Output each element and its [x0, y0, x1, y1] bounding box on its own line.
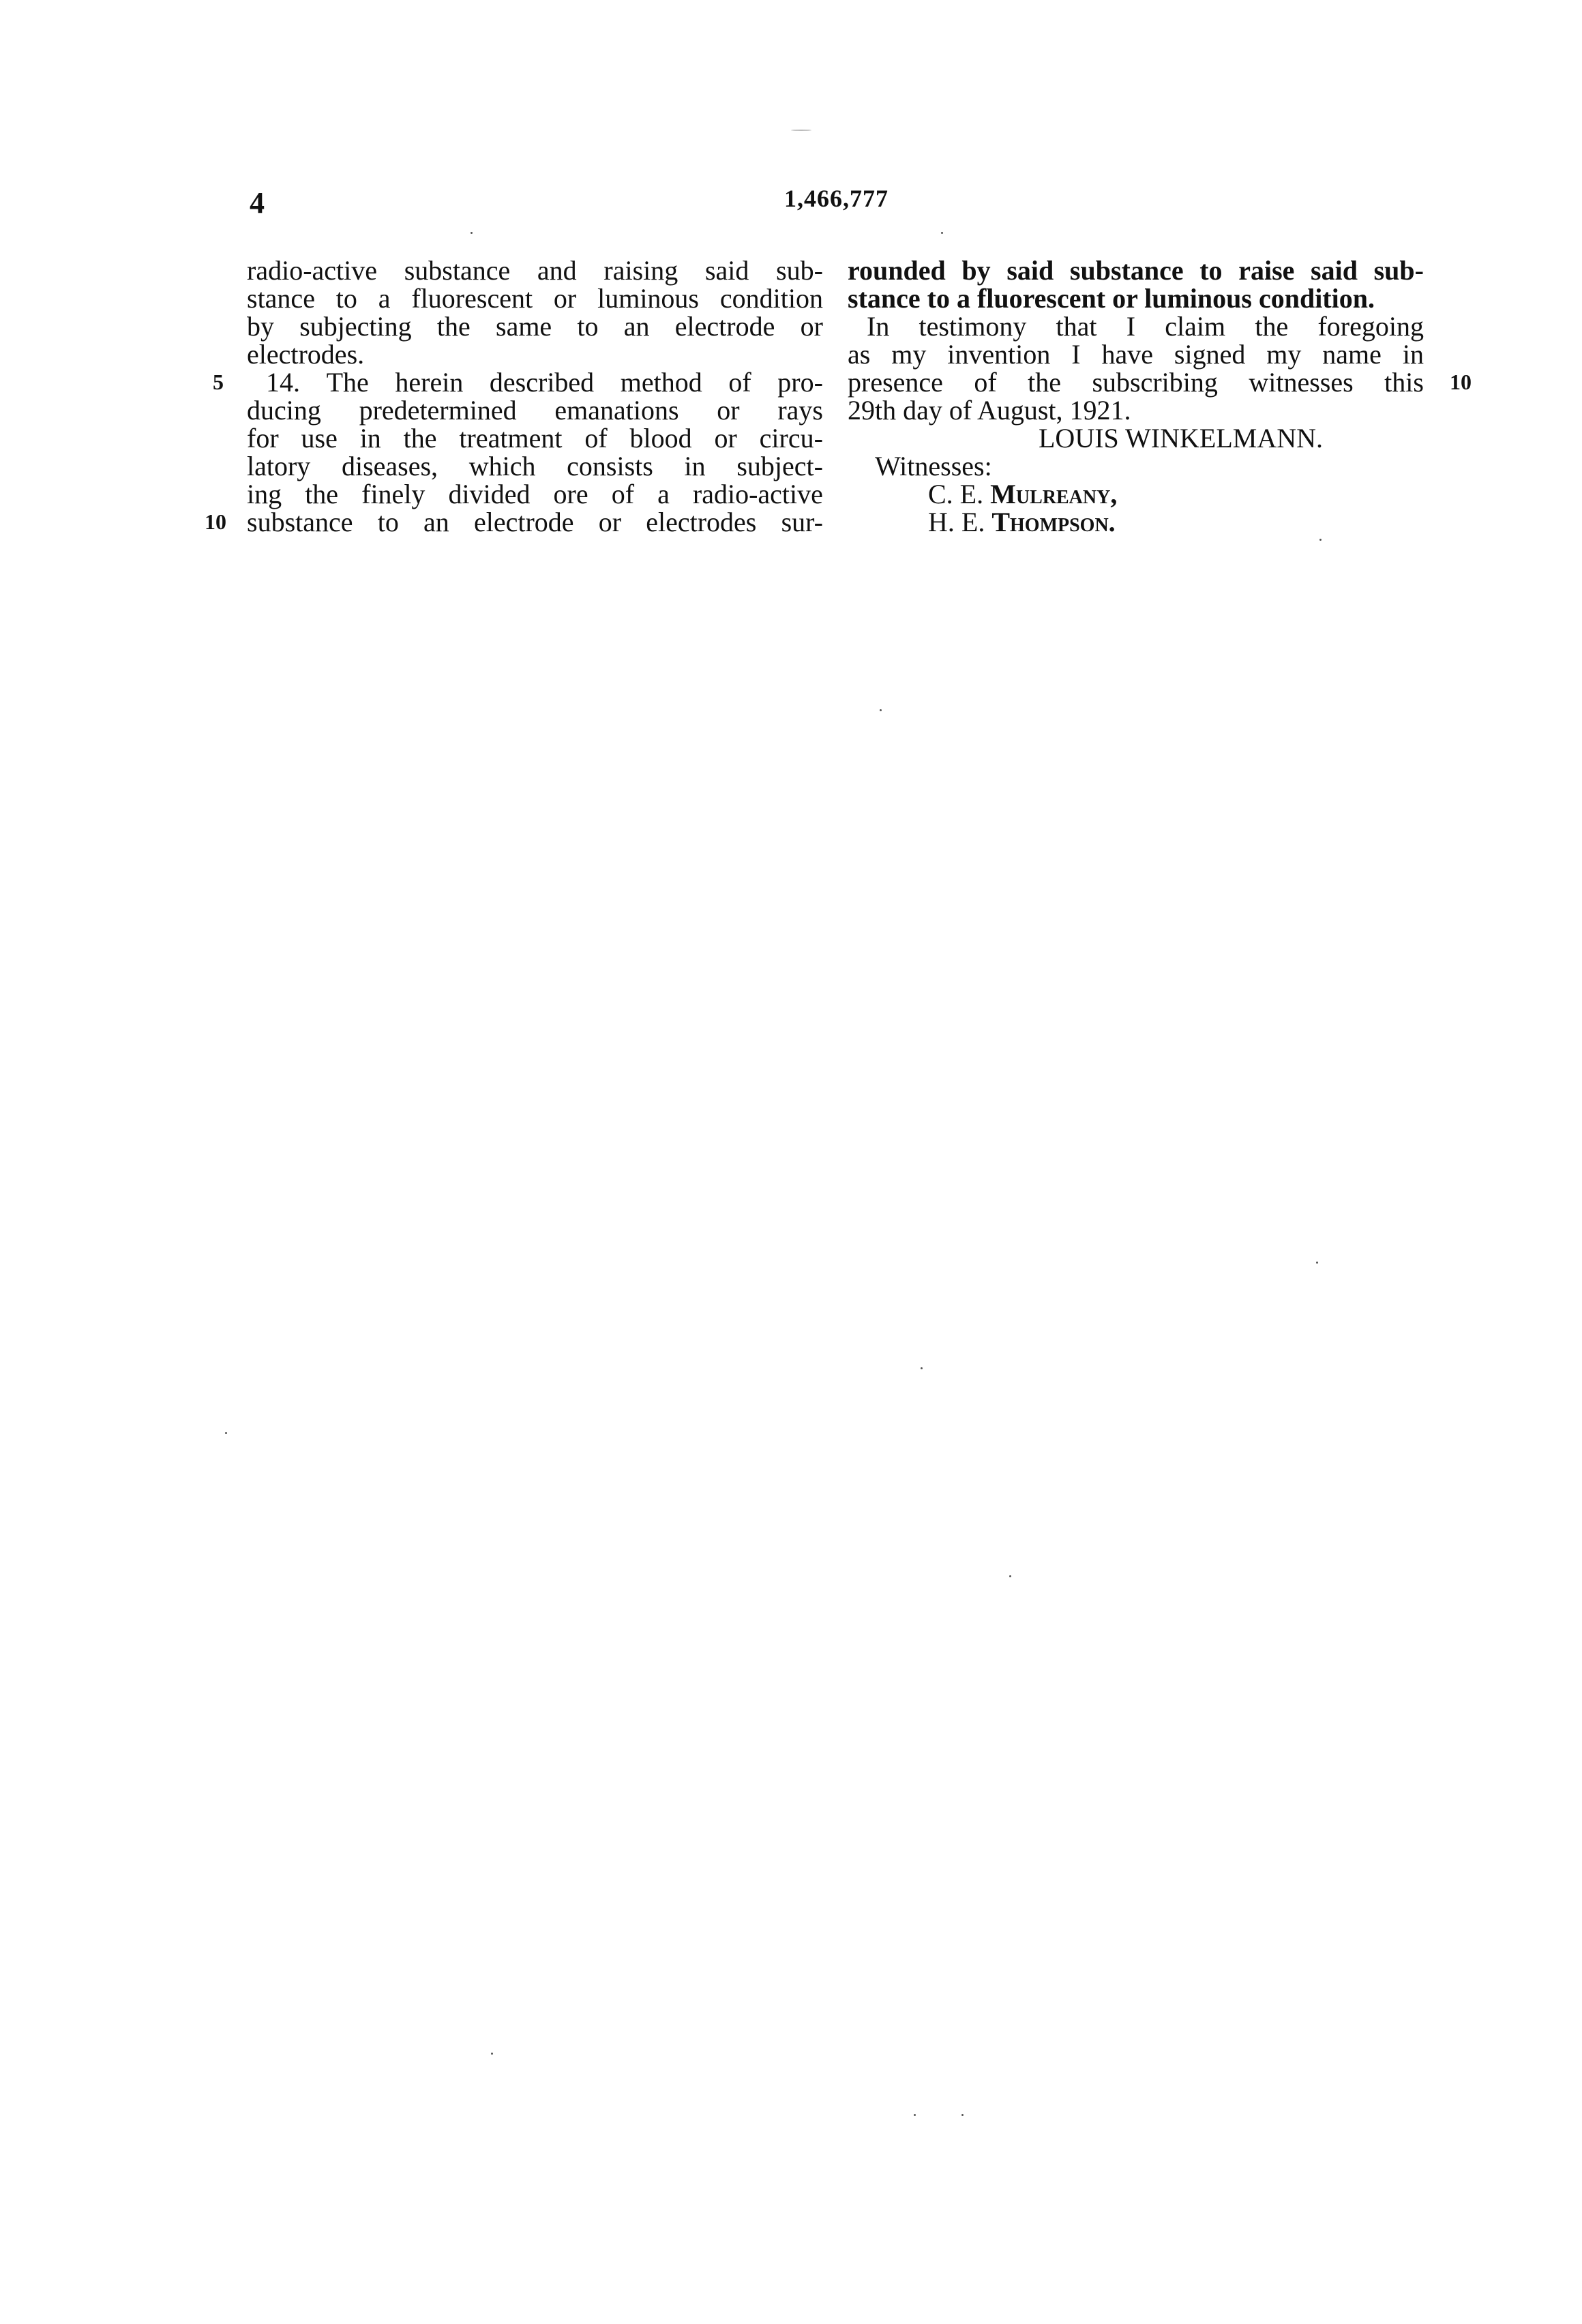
witnesses-label: Witnesses: [848, 452, 1424, 480]
patent-number: 1,466,777 [784, 184, 889, 213]
text-line: stancetoafluorescentorluminouscondition [247, 284, 823, 312]
claim-14-start: 14.Thehereindescribedmethodofpro- [247, 368, 823, 396]
witness-initials: H. E. [928, 507, 985, 537]
line-number-10-right: 10 [1450, 368, 1472, 396]
witness-1: C. E. Mulreany, [848, 480, 1424, 508]
text-line: roundedbysaidsubstancetoraisesaidsub- [848, 256, 1424, 284]
text-line: presenceofthesubscribingwitnessesthis [848, 368, 1424, 396]
inventor-signature: LOUIS WINKELMANN. [848, 424, 1424, 452]
text-line: stance to a fluorescent or luminous cond… [848, 284, 1424, 312]
left-column: radio-activesubstanceandraisingsaidsub- … [247, 256, 823, 536]
page-number: 4 [250, 185, 265, 220]
date-line: 29th day of August, 1921. [848, 396, 1424, 424]
text-line: electrodes. [247, 340, 823, 368]
text-line: ducingpredeterminedemanationsorrays [247, 396, 823, 424]
testimony-clause: IntestimonythatIclaimtheforegoing [848, 312, 1424, 340]
line-number-5: 5 [213, 368, 224, 396]
witness-surname: Thompson. [991, 507, 1115, 537]
witness-2: H. E. Thompson. [848, 508, 1424, 536]
witness-initials: C. E. [928, 479, 983, 509]
text-line: radio-activesubstanceandraisingsaidsub- [247, 256, 823, 284]
witness-surname: Mulreany, [990, 479, 1117, 509]
line-number-10-left: 10 [205, 508, 226, 536]
right-column: roundedbysaidsubstancetoraisesaidsub- st… [848, 256, 1424, 536]
text-line: ingthefinelydividedoreofaradio-active [247, 480, 823, 508]
text-line: substancetoanelectrodeorelectrodessur- [247, 508, 823, 536]
text-line: latorydiseases,whichconsistsinsubject- [247, 452, 823, 480]
text-line: asmyinventionIhavesignedmynamein [848, 340, 1424, 368]
text-line: foruseinthetreatmentofbloodorcircu- [247, 424, 823, 452]
text-line: bysubjectingthesametoanelectrodeor [247, 312, 823, 340]
